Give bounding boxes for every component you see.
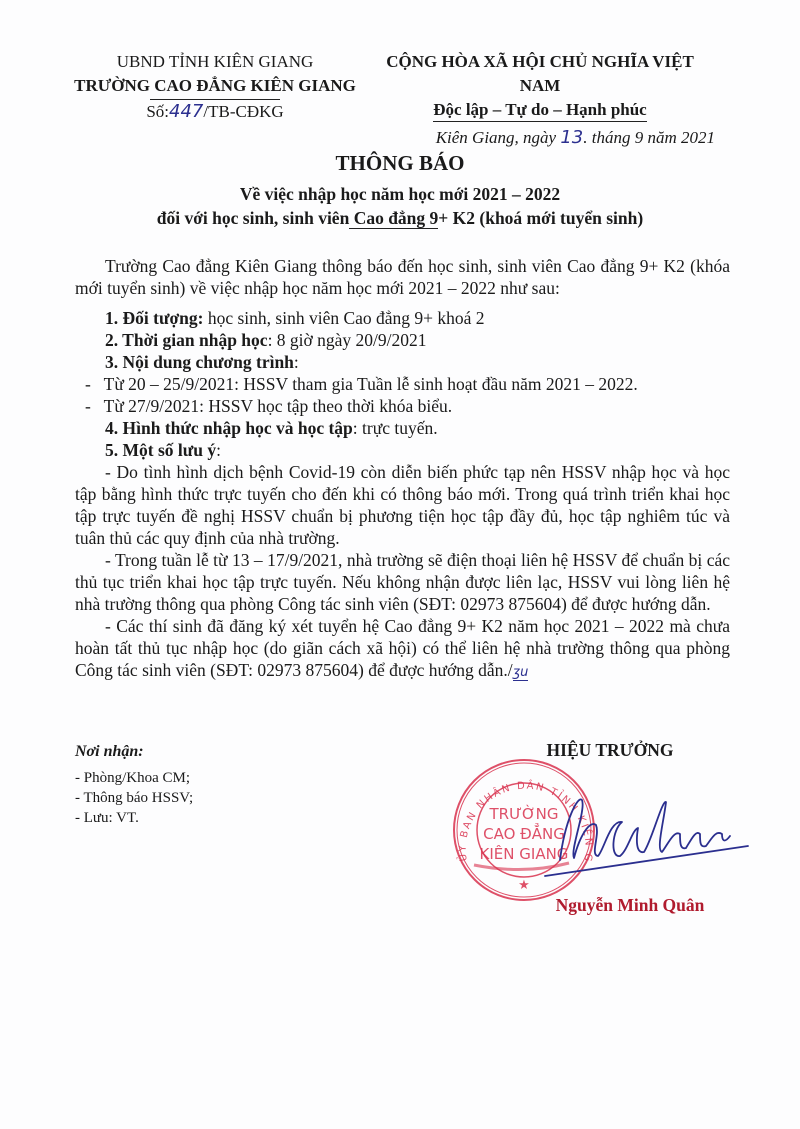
subject-underlined: Cao đẳng 9	[349, 208, 438, 229]
intro-paragraph: Trường Cao đẳng Kiên Giang thông báo đến…	[75, 255, 730, 299]
recipient-item: - Thông báo HSSV;	[75, 788, 193, 808]
note-paragraph: - Do tình hình dịch bệnh Covid-19 còn di…	[75, 461, 730, 549]
item-target: 1. Đối tượng: học sinh, sinh viên Cao đẳ…	[75, 307, 730, 329]
svg-text:★: ★	[518, 878, 530, 893]
item-text: : 8 giờ ngày 20/9/2021	[268, 330, 427, 350]
document-number: Số:447/TB-CĐKG	[70, 100, 360, 124]
handwritten-initials: ʒu	[513, 665, 529, 681]
item-label: 2. Thời gian nhập học	[105, 330, 268, 350]
day-handwritten: 13	[560, 127, 583, 148]
document-title-block: THÔNG BÁO Về việc nhập học năm học mới 2…	[0, 148, 800, 230]
recipient-item: - Phòng/Khoa CM;	[75, 768, 193, 788]
doc-no-prefix: Số:	[146, 102, 169, 121]
document-title: THÔNG BÁO	[0, 148, 800, 178]
item-label: 3. Nội dung chương trình	[105, 352, 294, 372]
subject-pre: đối với học sinh, sinh viên	[157, 208, 350, 228]
note-text: - Các thí sinh đã đăng ký xét tuyển hệ C…	[75, 616, 730, 680]
recipient-item: - Lưu: VT.	[75, 808, 193, 828]
item-time: 2. Thời gian nhập học: 8 giờ ngày 20/9/2…	[75, 329, 730, 351]
note-paragraph: - Các thí sinh đã đăng ký xét tuyển hệ C…	[75, 615, 730, 684]
item-label: 1. Đối tượng:	[105, 308, 203, 328]
doc-no-suffix: /TB-CĐKG	[203, 102, 283, 121]
national-motto: Độc lập – Tự do – Hạnh phúc	[433, 99, 646, 122]
item-label: 4. Hình thức nhập học và học tập	[105, 418, 353, 438]
item-program: 3. Nội dung chương trình:	[75, 351, 730, 373]
national-header-block: CỘNG HÒA XÃ HỘI CHỦ NGHĨA VIỆT NAM Độc l…	[365, 50, 715, 150]
item-label: 5. Một số lưu ý	[105, 440, 216, 460]
item-text: học sinh, sinh viên Cao đẳng 9+ khoá 2	[203, 308, 484, 328]
nation-name: CỘNG HÒA XÃ HỘI CHỦ NGHĨA VIỆT NAM	[365, 50, 715, 98]
document-subject-line-2: đối với học sinh, sinh viên Cao đẳng 9+ …	[0, 206, 800, 230]
program-line: - Từ 27/9/2021: HSSV học tập theo thời k…	[75, 395, 730, 417]
item-text: :	[294, 352, 299, 372]
subject-post: + K2 (khoá mới tuyển sinh)	[438, 208, 643, 228]
recipients-label: Nơi nhận:	[75, 742, 193, 762]
program-line: - Từ 20 – 25/9/2021: HSSV tham gia Tuần …	[75, 373, 730, 395]
place-date-prefix: Kiên Giang, ngày	[436, 128, 561, 147]
item-text: :	[216, 440, 221, 460]
recipients-block: Nơi nhận: - Phòng/Khoa CM; - Thông báo H…	[75, 742, 193, 828]
item-text: : trực tuyến.	[353, 418, 438, 438]
organization-name: TRƯỜNG CAO ĐẲNG KIÊN GIANG	[70, 74, 360, 98]
doc-no-handwritten: 447	[169, 101, 203, 122]
place-date-suffix: . tháng 9 năm 2021	[583, 128, 715, 147]
issuing-authority-block: UBND TỈNH KIÊN GIANG TRƯỜNG CAO ĐẲNG KIÊ…	[70, 50, 360, 124]
signer-name: Nguyễn Minh Quân	[530, 895, 730, 916]
authority-name: UBND TỈNH KIÊN GIANG	[70, 50, 360, 74]
document-subject-line-1: Về việc nhập học năm học mới 2021 – 2022	[0, 182, 800, 206]
item-notes: 5. Một số lưu ý:	[75, 439, 730, 461]
note-paragraph: - Trong tuần lễ từ 13 – 17/9/2021, nhà t…	[75, 549, 730, 615]
handwritten-signature-icon	[540, 780, 750, 880]
place-and-date: Kiên Giang, ngày 13. tháng 9 năm 2021	[365, 126, 715, 150]
item-format: 4. Hình thức nhập học và học tập: trực t…	[75, 417, 730, 439]
document-body: Trường Cao đẳng Kiên Giang thông báo đến…	[75, 255, 730, 684]
